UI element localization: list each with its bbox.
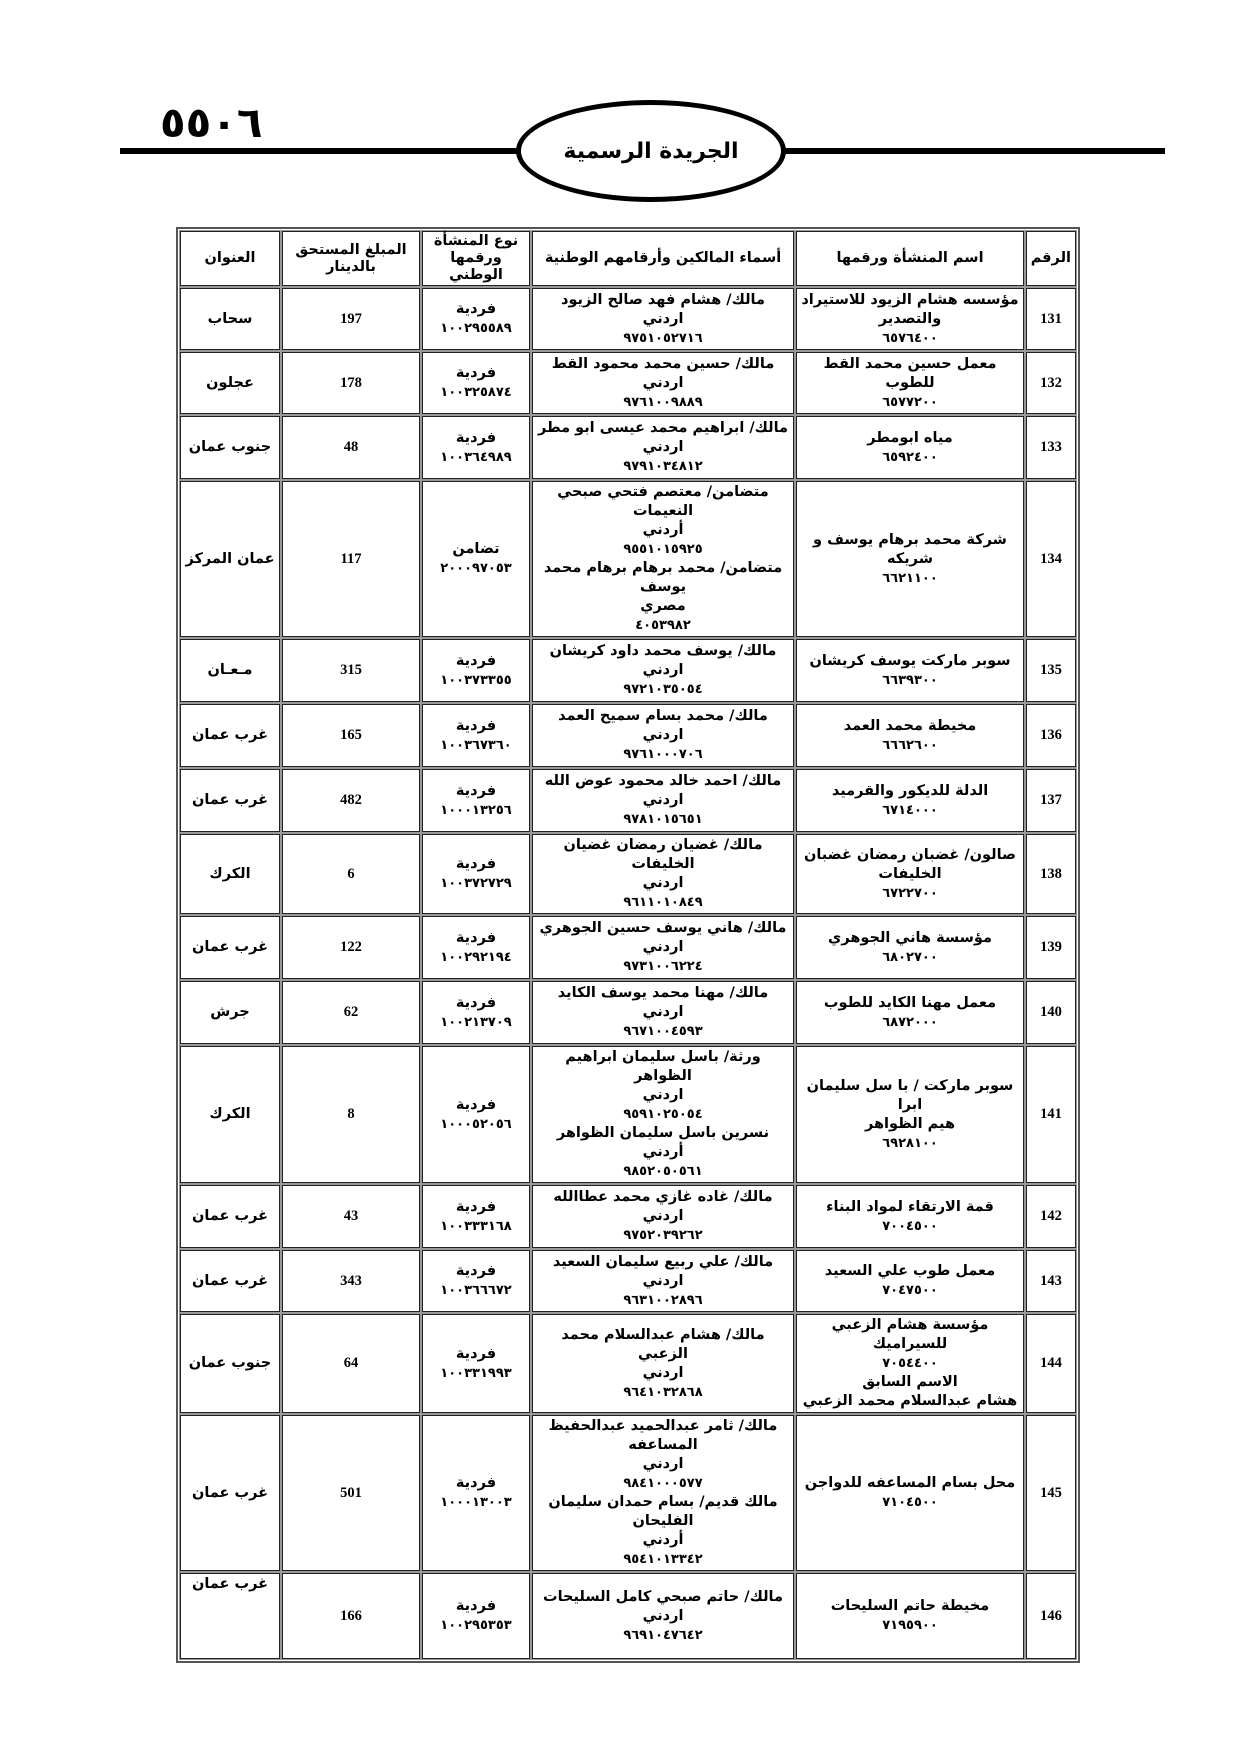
address-cell: غرب عمان (180, 704, 280, 767)
amount-cell: 178 (282, 352, 420, 414)
establishment-cell: شركة محمد برهام يوسف و شريكه٦٦٢١١٠٠ (796, 481, 1024, 637)
establishment-cell: قمة الارتقاء لمواد البناء٧٠٠٤٥٠٠ (796, 1185, 1024, 1248)
address-cell: غرب عمان (180, 769, 280, 832)
column-header-establishment: اسم المنشأة ورقمها (796, 231, 1024, 286)
table-row: 134شركة محمد برهام يوسف و شريكه٦٦٢١١٠٠مت… (180, 481, 1076, 637)
address-cell: الكرك (180, 1046, 280, 1183)
establishment-cell: معمل مهنا الكايد للطوب٦٨٧٢٠٠٠ (796, 981, 1024, 1044)
type-cell: فردية١٠٠٠١٣٢٥٦ (422, 769, 530, 832)
address-cell: جنوب عمان (180, 1314, 280, 1413)
amount-cell: 6 (282, 834, 420, 914)
type-cell: فردية١٠٠٣٦٤٩٨٩ (422, 416, 530, 479)
row-number-cell: 141 (1026, 1046, 1076, 1183)
type-cell: فردية١٠٠٢١٣٧٠٩ (422, 981, 530, 1044)
address-cell: غرب عمان (180, 1415, 280, 1571)
address-cell: مـعـان (180, 639, 280, 702)
type-cell: فردية١٠٠٢٩٥٣٥٣ (422, 1573, 530, 1659)
amount-cell: 165 (282, 704, 420, 767)
owners-cell: مالك/ علي ربيع سليمان السعيداردني٩٦٣١٠٠٢… (532, 1250, 794, 1312)
establishment-cell: معمل طوب علي السعيد٧٠٤٧٥٠٠ (796, 1250, 1024, 1312)
column-header-type: نوع المنشأة ورقمها الوطني (422, 231, 530, 286)
row-number-cell: 136 (1026, 704, 1076, 767)
row-number-cell: 142 (1026, 1185, 1076, 1248)
owners-cell: مالك/ هشام عبدالسلام محمد الزعبياردني٩٦٤… (532, 1314, 794, 1413)
row-number-cell: 145 (1026, 1415, 1076, 1571)
table-row: 136مخيطة محمد العمد٦٦٦٢٦٠٠مالك/ محمد بسا… (180, 704, 1076, 767)
type-cell: فردية١٠٠٣٧٣٣٥٥ (422, 639, 530, 702)
row-number-cell: 137 (1026, 769, 1076, 832)
type-cell: فردية١٠٠٣٢٥٨٧٤ (422, 352, 530, 414)
establishment-cell: مؤسسة هاني الجوهري٦٨٠٢٧٠٠ (796, 916, 1024, 979)
table-row: 132معمل حسين محمد القط للطوب٦٥٧٧٢٠٠مالك/… (180, 352, 1076, 414)
table-row: 137الدلة للديكور والقرميد٦٧١٤٠٠٠مالك/ اح… (180, 769, 1076, 832)
establishment-cell: سوبر ماركت يوسف كريشان٦٦٣٩٣٠٠ (796, 639, 1024, 702)
table-row: 141سوبر ماركت / با سل سليمان ابراهيم الظ… (180, 1046, 1076, 1183)
amount-cell: 482 (282, 769, 420, 832)
owners-cell: متضامن/ معتصم فتحي صبحي النعيماتأردني٩٥٥… (532, 481, 794, 637)
type-cell: فردية١٠٠٣٦٦٦٧٢ (422, 1250, 530, 1312)
owners-cell: ورثة/ باسل سليمان ابراهيم الظواهراردني٩٥… (532, 1046, 794, 1183)
owners-cell: مالك/ مهنا محمد يوسف الكايداردني٩٦٧١٠٠٤٥… (532, 981, 794, 1044)
header-rule-left (120, 148, 520, 154)
table-row: 135سوبر ماركت يوسف كريشان٦٦٣٩٣٠٠مالك/ يو… (180, 639, 1076, 702)
type-cell: فردية١٠٠٣٦٧٣٦٠ (422, 704, 530, 767)
address-cell: الكرك (180, 834, 280, 914)
table-header-row: الرقم اسم المنشأة ورقمها أسماء المالكين … (180, 231, 1076, 286)
owners-cell: مالك/ محمد بسام سميح العمداردني٩٧٦١٠٠٠٧٠… (532, 704, 794, 767)
establishment-cell: مخيطة محمد العمد٦٦٦٢٦٠٠ (796, 704, 1024, 767)
owners-cell: مالك/ حاتم صبحي كامل السليحاتاردني٩٦٩١٠٤… (532, 1573, 794, 1659)
establishment-cell: معمل حسين محمد القط للطوب٦٥٧٧٢٠٠ (796, 352, 1024, 414)
type-cell: فردية١٠٠٢٩٥٥٨٩ (422, 288, 530, 350)
publication-title: الجريدة الرسمية (563, 139, 738, 164)
table-row: 146مخيطة حاتم السليحات٧١٩٥٩٠٠مالك/ حاتم … (180, 1573, 1076, 1659)
row-number-cell: 138 (1026, 834, 1076, 914)
table-row: 142قمة الارتقاء لمواد البناء٧٠٠٤٥٠٠مالك/… (180, 1185, 1076, 1248)
amount-cell: 8 (282, 1046, 420, 1183)
row-number-cell: 132 (1026, 352, 1076, 414)
column-header-amount: المبلغ المستحق بالدينار (282, 231, 420, 286)
amount-cell: 166 (282, 1573, 420, 1659)
owners-cell: مالك/ احمد خالد محمود عوض اللهاردني٩٧٨١٠… (532, 769, 794, 832)
row-number-cell: 144 (1026, 1314, 1076, 1413)
table-row: 138صالون/ غضبان رمضان غضبانالخليفات٦٧٢٢٧… (180, 834, 1076, 914)
establishment-cell: مؤسسة هشام الزعبي للسيراميك٧٠٥٤٤٠٠الاسم … (796, 1314, 1024, 1413)
row-number-cell: 131 (1026, 288, 1076, 350)
owners-cell: مالك/ غاده غازي محمد عطااللهاردني٩٧٥٢٠٣٩… (532, 1185, 794, 1248)
establishment-cell: مؤسسه هشام الزيود للاستيرادوالتصدير٦٥٧٦٤… (796, 288, 1024, 350)
address-cell: غرب عمان (180, 1573, 280, 1659)
amount-cell: 64 (282, 1314, 420, 1413)
row-number-cell: 146 (1026, 1573, 1076, 1659)
table-row: 140معمل مهنا الكايد للطوب٦٨٧٢٠٠٠مالك/ مه… (180, 981, 1076, 1044)
amount-cell: 315 (282, 639, 420, 702)
type-cell: فردية١٠٠٣٣٣١٦٨ (422, 1185, 530, 1248)
address-cell: سحاب (180, 288, 280, 350)
owners-cell: مالك/ هشام فهد صالح الزيوداردني٩٧٥١٠٥٢٧١… (532, 288, 794, 350)
type-cell: فردية١٠٠٣٣١٩٩٣ (422, 1314, 530, 1413)
establishment-cell: مخيطة حاتم السليحات٧١٩٥٩٠٠ (796, 1573, 1024, 1659)
row-number-cell: 143 (1026, 1250, 1076, 1312)
amount-cell: 343 (282, 1250, 420, 1312)
address-cell: غرب عمان (180, 1185, 280, 1248)
address-cell: جرش (180, 981, 280, 1044)
type-cell: فردية١٠٠٣٧٢٧٢٩ (422, 834, 530, 914)
header-rule-right (780, 148, 1165, 154)
address-cell: غرب عمان (180, 1250, 280, 1312)
type-cell: فردية١٠٠٠١٣٠٠٣ (422, 1415, 530, 1571)
establishment-cell: محل بسام المساعفه للدواجن٧١٠٤٥٠٠ (796, 1415, 1024, 1571)
table-row: 144مؤسسة هشام الزعبي للسيراميك٧٠٥٤٤٠٠الا… (180, 1314, 1076, 1413)
type-cell: فردية١٠٠٠٥٢٠٥٦ (422, 1046, 530, 1183)
establishments-table: الرقم اسم المنشأة ورقمها أسماء المالكين … (176, 227, 1080, 1663)
table-row: 139مؤسسة هاني الجوهري٦٨٠٢٧٠٠مالك/ هاني ي… (180, 916, 1076, 979)
publication-title-oval: الجريدة الرسمية (516, 100, 786, 202)
row-number-cell: 140 (1026, 981, 1076, 1044)
table-row: 145محل بسام المساعفه للدواجن٧١٠٤٥٠٠مالك/… (180, 1415, 1076, 1571)
owners-cell: مالك/ ابراهيم محمد عيسى ابو مطراردني٩٧٩١… (532, 416, 794, 479)
amount-cell: 197 (282, 288, 420, 350)
type-cell: فردية١٠٠٢٩٢١٩٤ (422, 916, 530, 979)
amount-cell: 122 (282, 916, 420, 979)
table-row: 131مؤسسه هشام الزيود للاستيرادوالتصدير٦٥… (180, 288, 1076, 350)
owners-cell: مالك/ غضيان رمضان غضيان الخليفاتاردني٩٦١… (532, 834, 794, 914)
address-cell: عمان المركز (180, 481, 280, 637)
amount-cell: 117 (282, 481, 420, 637)
row-number-cell: 133 (1026, 416, 1076, 479)
address-cell: غرب عمان (180, 916, 280, 979)
establishment-cell: صالون/ غضبان رمضان غضبانالخليفات٦٧٢٢٧٠٠ (796, 834, 1024, 914)
address-cell: جنوب عمان (180, 416, 280, 479)
row-number-cell: 139 (1026, 916, 1076, 979)
address-cell: عجلون (180, 352, 280, 414)
type-cell: تضامن٢٠٠٠٩٧٠٥٣ (422, 481, 530, 637)
row-number-cell: 134 (1026, 481, 1076, 637)
establishment-cell: الدلة للديكور والقرميد٦٧١٤٠٠٠ (796, 769, 1024, 832)
amount-cell: 43 (282, 1185, 420, 1248)
row-number-cell: 135 (1026, 639, 1076, 702)
amount-cell: 62 (282, 981, 420, 1044)
amount-cell: 501 (282, 1415, 420, 1571)
table-body: 131مؤسسه هشام الزيود للاستيرادوالتصدير٦٥… (180, 288, 1076, 1659)
page-number: ٥٥٠٦ (160, 98, 263, 147)
column-header-owners: أسماء المالكين وأرقامهم الوطنية (532, 231, 794, 286)
table-row: 133مياه ابومطر٦٥٩٢٤٠٠مالك/ ابراهيم محمد … (180, 416, 1076, 479)
owners-cell: مالك/ ثامر عبدالحميد عبدالحفيظالمساعفهار… (532, 1415, 794, 1571)
owners-cell: مالك/ يوسف محمد داود كريشاناردني٩٧٢١٠٣٥٠… (532, 639, 794, 702)
amount-cell: 48 (282, 416, 420, 479)
establishment-cell: سوبر ماركت / با سل سليمان ابراهيم الظواه… (796, 1046, 1024, 1183)
owners-cell: مالك/ حسين محمد محمود القطاردني٩٧٦١٠٠٩٨٨… (532, 352, 794, 414)
table-row: 143معمل طوب علي السعيد٧٠٤٧٥٠٠مالك/ علي ر… (180, 1250, 1076, 1312)
establishment-cell: مياه ابومطر٦٥٩٢٤٠٠ (796, 416, 1024, 479)
owners-cell: مالك/ هاني يوسف حسين الجوهرياردني٩٧٣١٠٠٦… (532, 916, 794, 979)
column-header-number: الرقم (1026, 231, 1076, 286)
column-header-address: العنوان (180, 231, 280, 286)
